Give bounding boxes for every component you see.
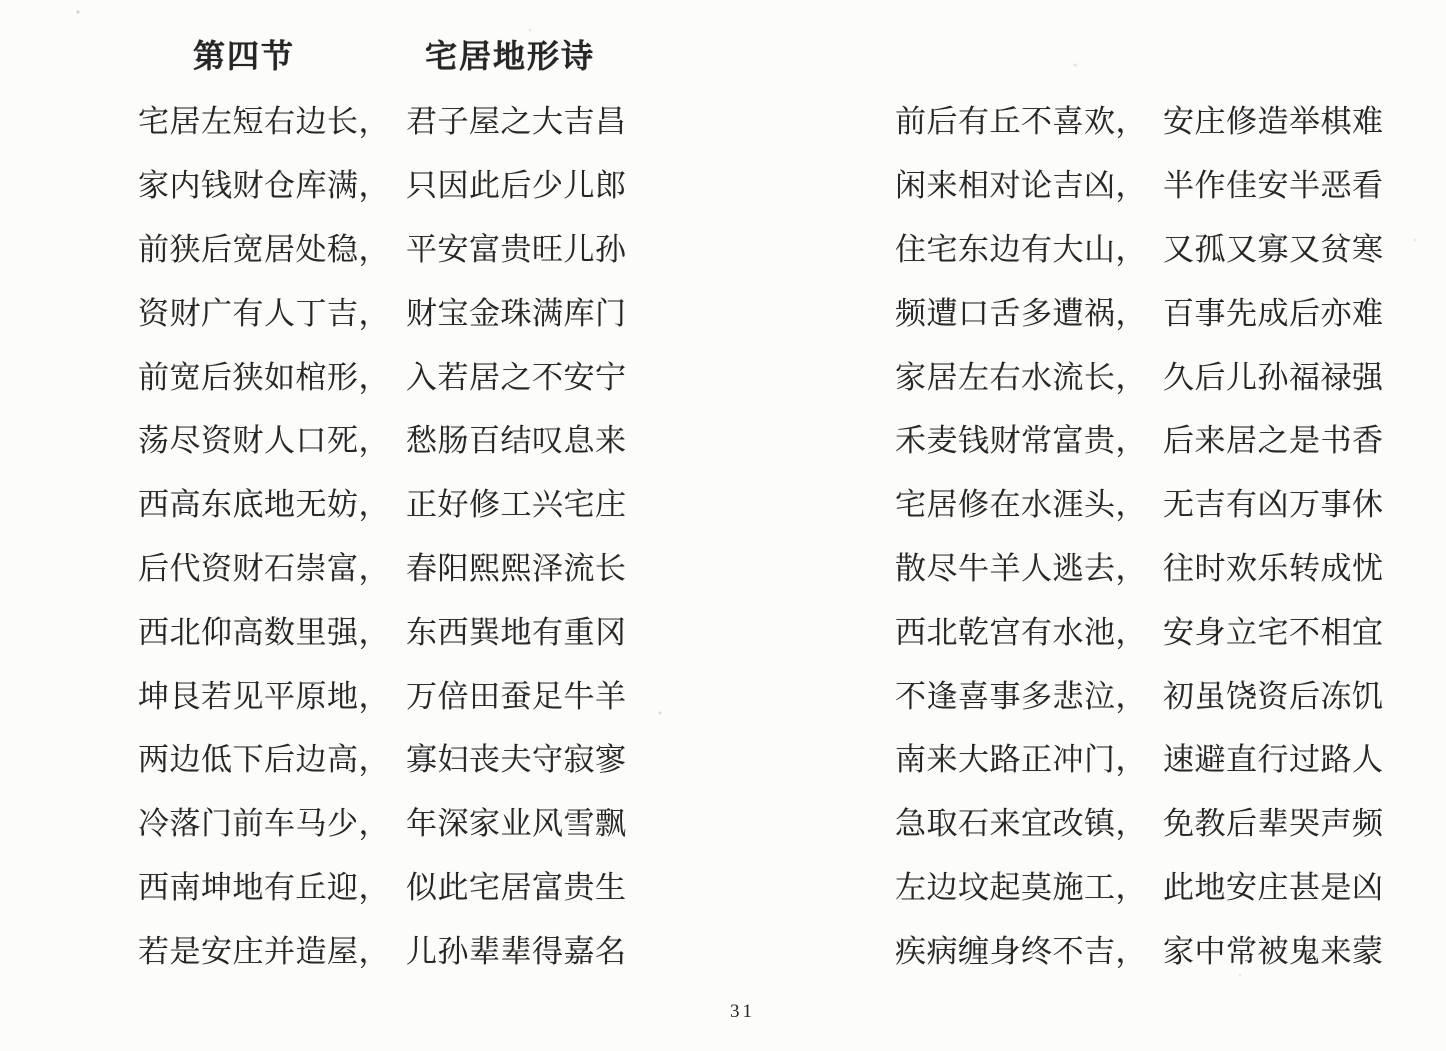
book-page: 第四节 宅居地形诗 宅居左短右边长，君子屋之大吉昌 家内钱财仓库满，只因此后少儿… <box>0 0 1446 1051</box>
poem-line: 散尽牛羊人逃去，往时欢乐转成忧 <box>895 534 1384 598</box>
poem-line-second-half: 似此宅居富贵生 <box>406 862 627 907</box>
poem-line-first-half: 前宽后狭如棺形， <box>138 352 390 397</box>
poem-line-first-half: 散尽牛羊人逃去， <box>895 543 1147 588</box>
poem-line-second-half: 安庄修造举棋难 <box>1163 96 1384 141</box>
poem-line: 西高东底地无妨，正好修工兴宅庄 <box>138 470 627 534</box>
poem-line-first-half: 前狭后宽居处稳， <box>138 224 390 269</box>
poem-line-first-half: 家内钱财仓库满， <box>138 160 390 205</box>
poem-line: 西北仰高数里强，东西巽地有重冈 <box>138 597 627 661</box>
poem-line: 冷落门前车马少，年深家业风雪飘 <box>138 789 627 853</box>
poem-line-first-half: 前后有丘不喜欢， <box>895 96 1147 141</box>
poem-line-first-half: 西南坤地有丘迎， <box>138 862 390 907</box>
poem-line: 前狭后宽居处稳，平安富贵旺儿孙 <box>138 215 627 279</box>
poem-line-second-half: 百事先成后亦难 <box>1163 288 1384 333</box>
poem-line: 不逢喜事多悲泣，初虽饶资后冻饥 <box>895 661 1384 725</box>
left-column: 宅居左短右边长，君子屋之大吉昌 家内钱财仓库满，只因此后少儿郎 前狭后宽居处稳，… <box>138 87 627 980</box>
poem-line-second-half: 后来居之是书香 <box>1163 415 1384 460</box>
poem-line-second-half: 免教后辈哭声频 <box>1163 798 1384 843</box>
poem-line-first-half: 频遭口舌多遭祸， <box>895 288 1147 333</box>
poem-line: 后代资财石崇富，春阳熙熙泽流长 <box>138 534 627 598</box>
poem-line-first-half: 西北乾宫有水池， <box>895 607 1147 652</box>
poem-line-second-half: 速避直行过路人 <box>1163 734 1384 779</box>
poem-line-first-half: 西高东底地无妨， <box>138 479 390 524</box>
poem-line: 前后有丘不喜欢，安庄修造举棋难 <box>895 87 1384 151</box>
poem-line-first-half: 冷落门前车马少， <box>138 798 390 843</box>
poem-line: 频遭口舌多遭祸，百事先成后亦难 <box>895 278 1384 342</box>
poem-line: 前宽后狭如棺形，入若居之不安宁 <box>138 342 627 406</box>
poem-line-second-half: 年深家业风雪飘 <box>406 798 627 843</box>
poem-line-second-half: 初虽饶资后冻饥 <box>1163 671 1384 716</box>
poem-line: 资财广有人丁吉，财宝金珠满库门 <box>138 278 627 342</box>
poem-line: 禾麦钱财常富贵，后来居之是书香 <box>895 406 1384 470</box>
poem-line-first-half: 资财广有人丁吉， <box>138 288 390 333</box>
poem-line: 闲来相对论吉凶，半作佳安半恶看 <box>895 151 1384 215</box>
poem-line-first-half: 不逢喜事多悲泣， <box>895 671 1147 716</box>
poem-line-second-half: 春阳熙熙泽流长 <box>406 543 627 588</box>
poem-line: 住宅东边有大山，又孤又寡又贫寒 <box>895 215 1384 279</box>
page-title: 宅居地形诗 <box>425 31 595 77</box>
poem-line-second-half: 入若居之不安宁 <box>406 352 627 397</box>
poem-line: 宅居修在水涯头，无吉有凶万事休 <box>895 470 1384 534</box>
poem-line-second-half: 家中常被鬼来蒙 <box>1163 926 1384 971</box>
header-spacer <box>295 31 425 77</box>
poem-line-second-half: 正好修工兴宅庄 <box>406 479 627 524</box>
poem-line: 左边坟起莫施工，此地安庄甚是凶 <box>895 853 1384 917</box>
poem-line-first-half: 荡尽资财人口死， <box>138 415 390 460</box>
poem-line: 急取石来宜改镇，免教后辈哭声频 <box>895 789 1384 853</box>
poem-line: 家居左右水流长，久后儿孙福禄强 <box>895 342 1384 406</box>
poem-line-first-half: 闲来相对论吉凶， <box>895 160 1147 205</box>
poem-line-second-half: 此地安庄甚是凶 <box>1163 862 1384 907</box>
poem-line: 宅居左短右边长，君子屋之大吉昌 <box>138 87 627 151</box>
poem-line: 荡尽资财人口死，愁肠百结叹息来 <box>138 406 627 470</box>
poem-line-first-half: 西北仰高数里强， <box>138 607 390 652</box>
poem-line: 两边低下后边高，寡妇丧夫守寂寥 <box>138 725 627 789</box>
poem-line-second-half: 君子屋之大吉昌 <box>406 96 627 141</box>
poem-line-second-half: 只因此后少儿郎 <box>406 160 627 205</box>
poem-line: 若是安庄并造屋，儿孙辈辈得嘉名 <box>138 916 627 980</box>
poem-line-first-half: 疾病缠身终不吉， <box>895 926 1147 971</box>
poem-line: 坤艮若见平原地，万倍田蚕足牛羊 <box>138 661 627 725</box>
poem-line-first-half: 南来大路正冲门， <box>895 734 1147 779</box>
poem-line-second-half: 无吉有凶万事休 <box>1163 479 1384 524</box>
poem-line-second-half: 财宝金珠满库门 <box>406 288 627 333</box>
right-column: 前后有丘不喜欢，安庄修造举棋难 闲来相对论吉凶，半作佳安半恶看 住宅东边有大山，… <box>895 87 1384 980</box>
poem-line-first-half: 若是安庄并造屋， <box>138 926 390 971</box>
poem-line-second-half: 愁肠百结叹息来 <box>406 415 627 460</box>
poem-line: 南来大路正冲门，速避直行过路人 <box>895 725 1384 789</box>
poem-line-first-half: 急取石来宜改镇， <box>895 798 1147 843</box>
poem-line: 疾病缠身终不吉，家中常被鬼来蒙 <box>895 916 1384 980</box>
poem-line-second-half: 又孤又寡又贫寒 <box>1163 224 1384 269</box>
poem-line-second-half: 久后儿孙福禄强 <box>1163 352 1384 397</box>
poem-line-second-half: 平安富贵旺儿孙 <box>406 224 627 269</box>
poem-line-first-half: 坤艮若见平原地， <box>138 671 390 716</box>
chapter-header: 第四节 宅居地形诗 <box>193 31 595 77</box>
poem-line-second-half: 往时欢乐转成忧 <box>1163 543 1384 588</box>
poem-line-second-half: 半作佳安半恶看 <box>1163 160 1384 205</box>
poem-line-second-half: 安身立宅不相宜 <box>1163 607 1384 652</box>
poem-line-first-half: 两边低下后边高， <box>138 734 390 779</box>
poem-line: 家内钱财仓库满，只因此后少儿郎 <box>138 151 627 215</box>
poem-line-first-half: 后代资财石崇富， <box>138 543 390 588</box>
poem-line-first-half: 住宅东边有大山， <box>895 224 1147 269</box>
poem-line-second-half: 儿孙辈辈得嘉名 <box>406 926 627 971</box>
poem-line-second-half: 万倍田蚕足牛羊 <box>406 671 627 716</box>
section-label: 第四节 <box>193 31 295 77</box>
poem-line-first-half: 禾麦钱财常富贵， <box>895 415 1147 460</box>
poem-line: 西北乾宫有水池，安身立宅不相宜 <box>895 597 1384 661</box>
poem-line-first-half: 左边坟起莫施工， <box>895 862 1147 907</box>
poem-line: 西南坤地有丘迎，似此宅居富贵生 <box>138 853 627 917</box>
poem-line-first-half: 宅居左短右边长， <box>138 96 390 141</box>
poem-line-second-half: 东西巽地有重冈 <box>406 607 627 652</box>
poem-line-second-half: 寡妇丧夫守寂寥 <box>406 734 627 779</box>
poem-line-first-half: 家居左右水流长， <box>895 352 1147 397</box>
page-number: 31 <box>730 1001 755 1023</box>
poem-line-first-half: 宅居修在水涯头， <box>895 479 1147 524</box>
